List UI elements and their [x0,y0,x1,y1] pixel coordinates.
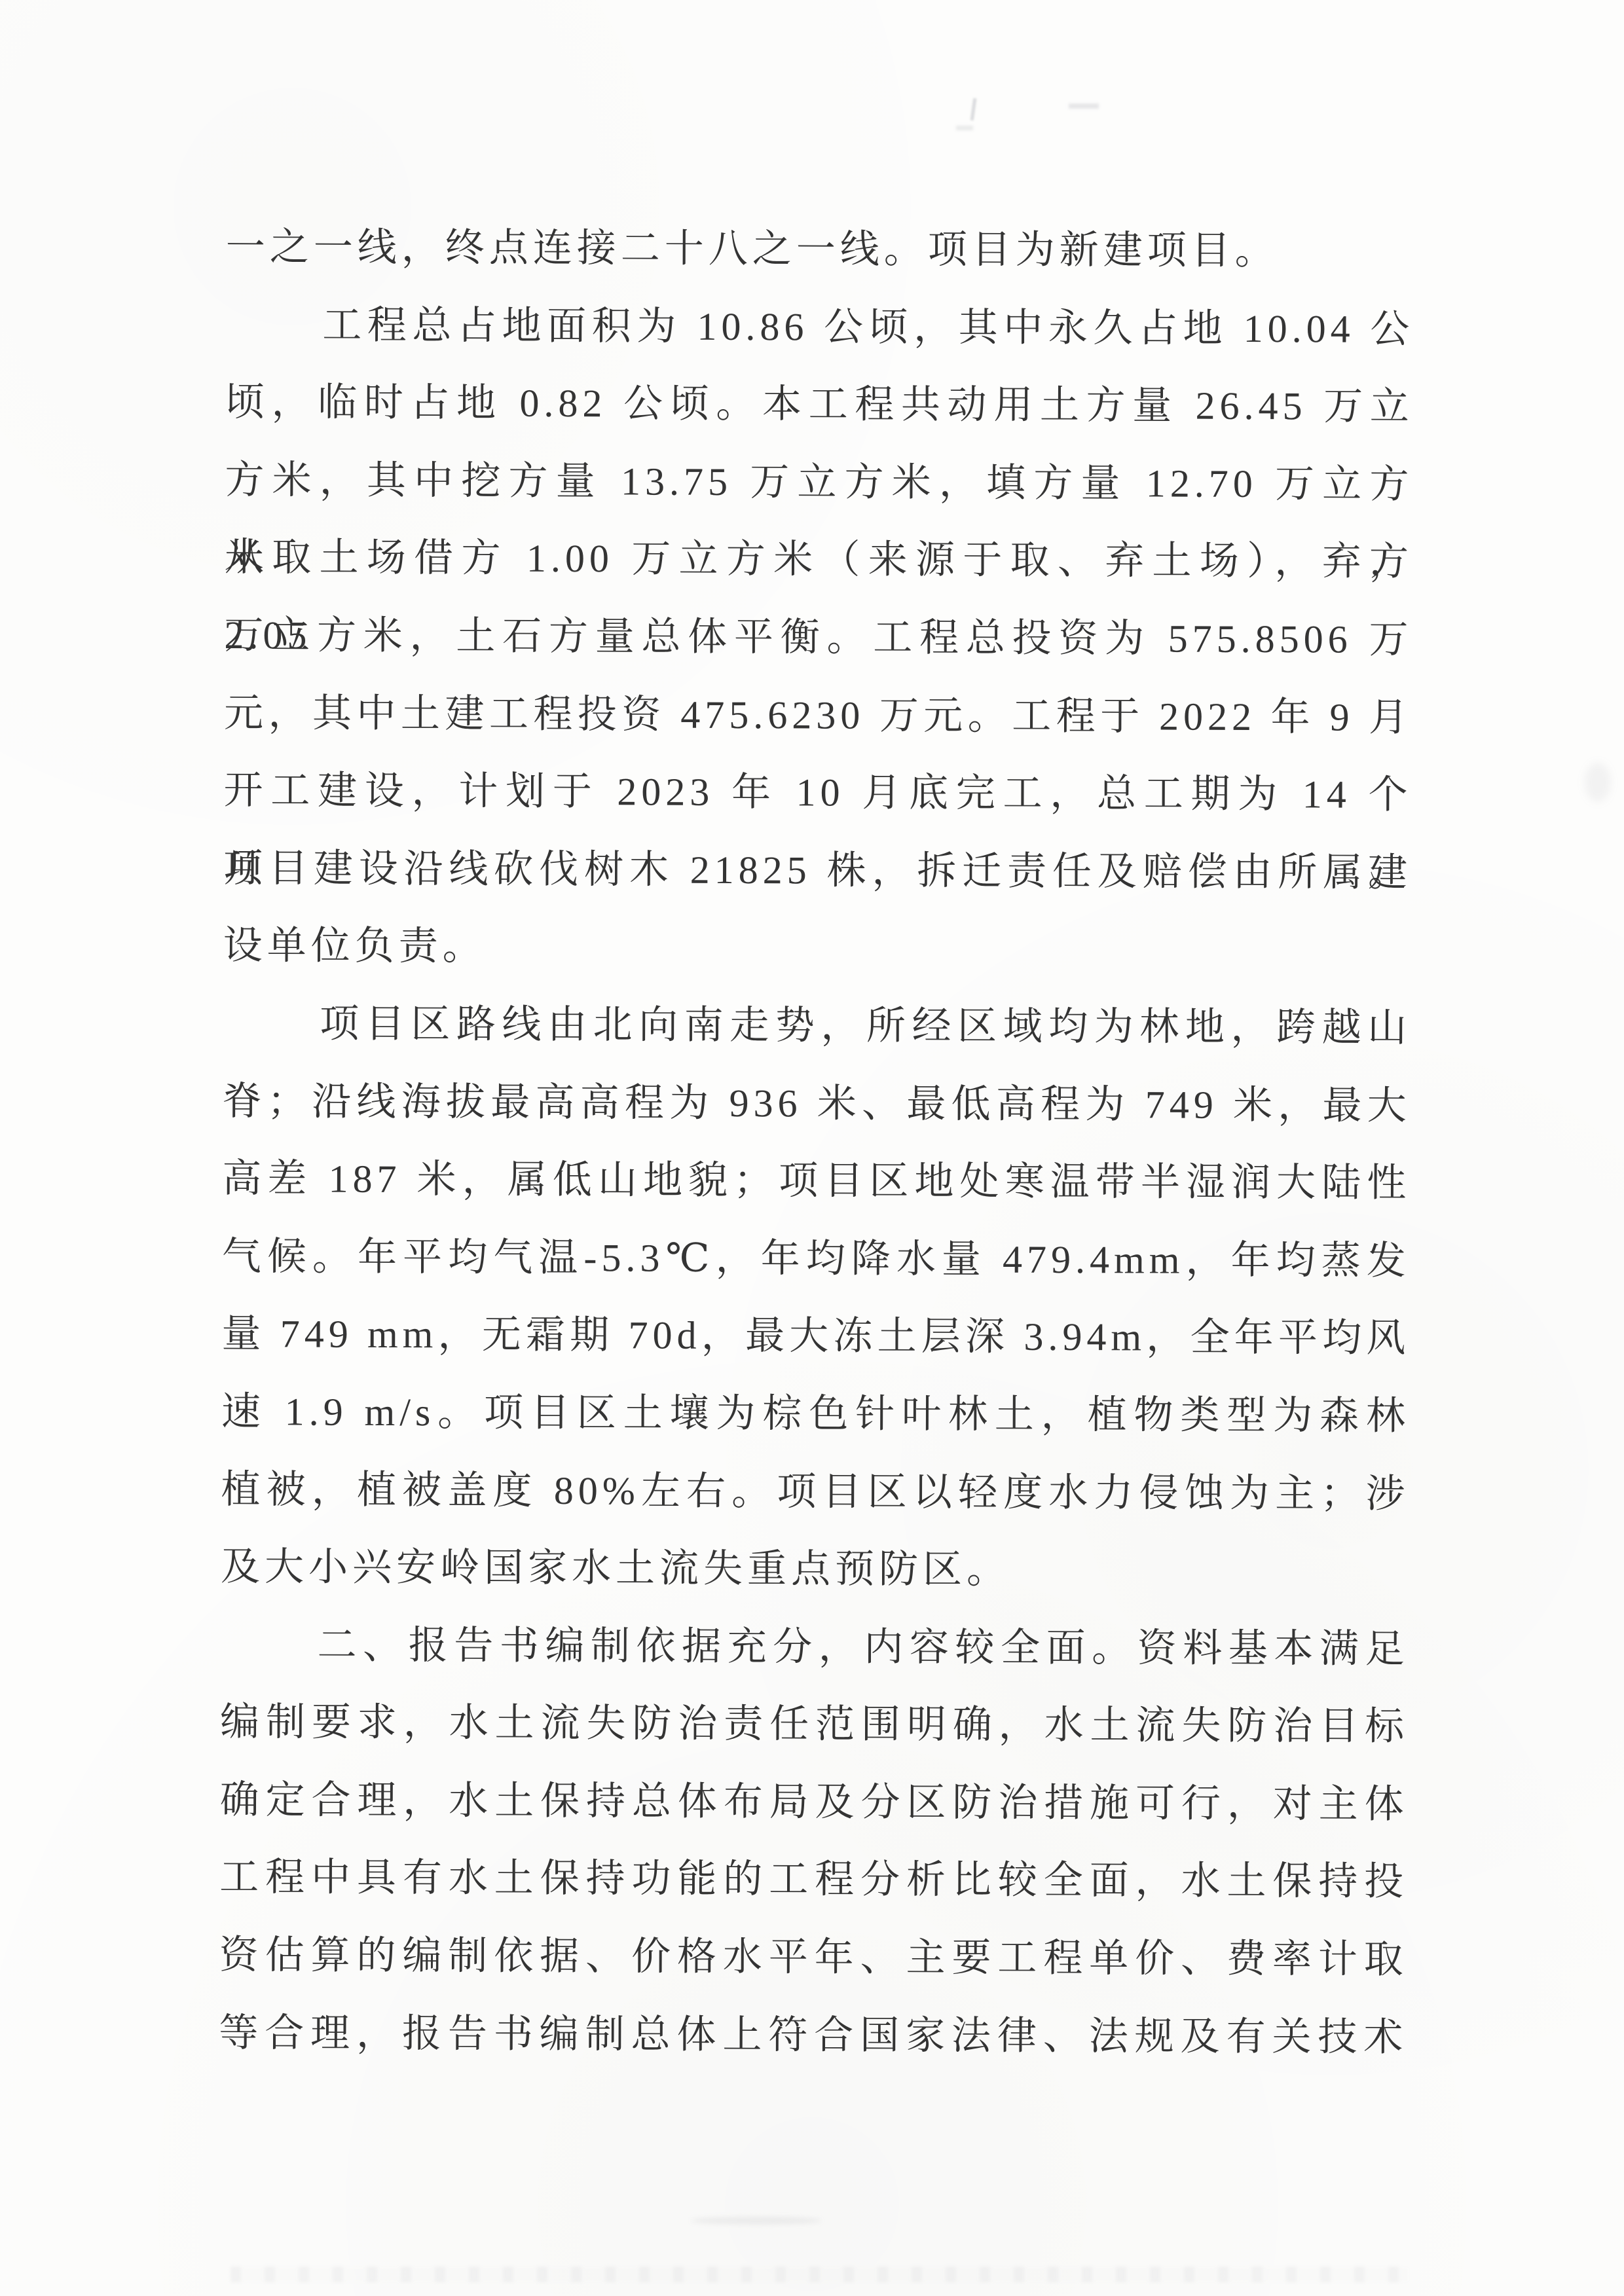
doc-line: 量 749 mm，无霜期 70d，最大冻土层深 3.94m，全年平均风 [221,1295,1410,1377]
doc-line: 设单位负责。 [223,907,1411,989]
doc-line: 二、报告书编制依据充分，内容较全面。资料基本满足 [220,1606,1409,1688]
scan-artifact [956,126,973,130]
doc-line: 等合理，报告书编制总体上符合国家法律、法规及有关技术 [219,1994,1407,2077]
doc-line: 元，其中土建工程投资 475.6230 万元。工程于 2022 年 9 月 [224,674,1412,757]
doc-line: 脊；沿线海拔最高高程为 936 米、最低高程为 749 米，最大 [223,1063,1411,1145]
doc-line: 项目建设沿线砍伐树木 21825 株，拆迁责任及赔偿由所属建 [223,829,1412,912]
doc-line: 资估算的编制依据、价格水平年、主要工程单价、费率计取 [219,1916,1408,1999]
scan-artifact [970,98,977,120]
doc-line: 编制要求，水土流失防治责任范围明确，水土流失防治目标 [220,1683,1409,1766]
doc-line: 工程总占地面积为 10.86 公顷，其中永久占地 10.04 公 [225,286,1414,369]
doc-line: 工程中具有水土保持功能的工程分析比较全面，水土保持投 [219,1838,1408,1921]
doc-line: 从取土场借方 1.00 万立方米（来源于取、弃土场），弃方 2.05 [225,519,1413,601]
doc-line: 气候。年平均气温-5.3℃，年均降水量 479.4mm，年均蒸发 [222,1218,1411,1300]
doc-line: 确定合理，水土保持总体布局及分区防治措施可行，对主体 [219,1761,1408,1844]
page-bleedthrough [231,2267,1409,2282]
doc-line: 项目区路线由北向南走势，所经区域均为林地，跨越山 [223,985,1411,1067]
document-body: 一之一线，终点连接二十八之一线。项目为新建项目。 工程总占地面积为 10.86 … [219,208,1414,2076]
doc-line: 一之一线，终点连接二十八之一线。项目为新建项目。 [226,208,1414,291]
doc-line: 及大小兴安岭国家水土流失重点预防区。 [221,1528,1409,1611]
doc-line: 高差 187 米，属低山地貌；项目区地处寒温带半湿润大陆性 [222,1140,1411,1222]
doc-line: 植被，植被盖度 80%左右。项目区以轻度水力侵蚀为主；涉 [221,1450,1409,1533]
scan-artifact [691,2217,822,2225]
scanned-page: 一之一线，终点连接二十八之一线。项目为新建项目。 工程总占地面积为 10.86 … [0,0,1624,2296]
doc-line: 方米，其中挖方量 13.75 万立方米，填方量 12.70 万立方米， [225,441,1413,524]
doc-line: 开工建设，计划于 2023 年 10 月底完工，总工期为 14 个月。 [223,752,1412,834]
scan-artifact [1585,763,1611,802]
doc-line: 万立方米，土石方量总体平衡。工程总投资为 575.8506 万 [224,596,1412,679]
doc-line: 速 1.9 m/s。项目区土壤为棕色针叶林土，植物类型为森林 [221,1373,1410,1455]
doc-line: 顷，临时占地 0.82 公顷。本工程共动用土方量 26.45 万立 [225,363,1414,446]
scan-artifact [1069,103,1099,109]
